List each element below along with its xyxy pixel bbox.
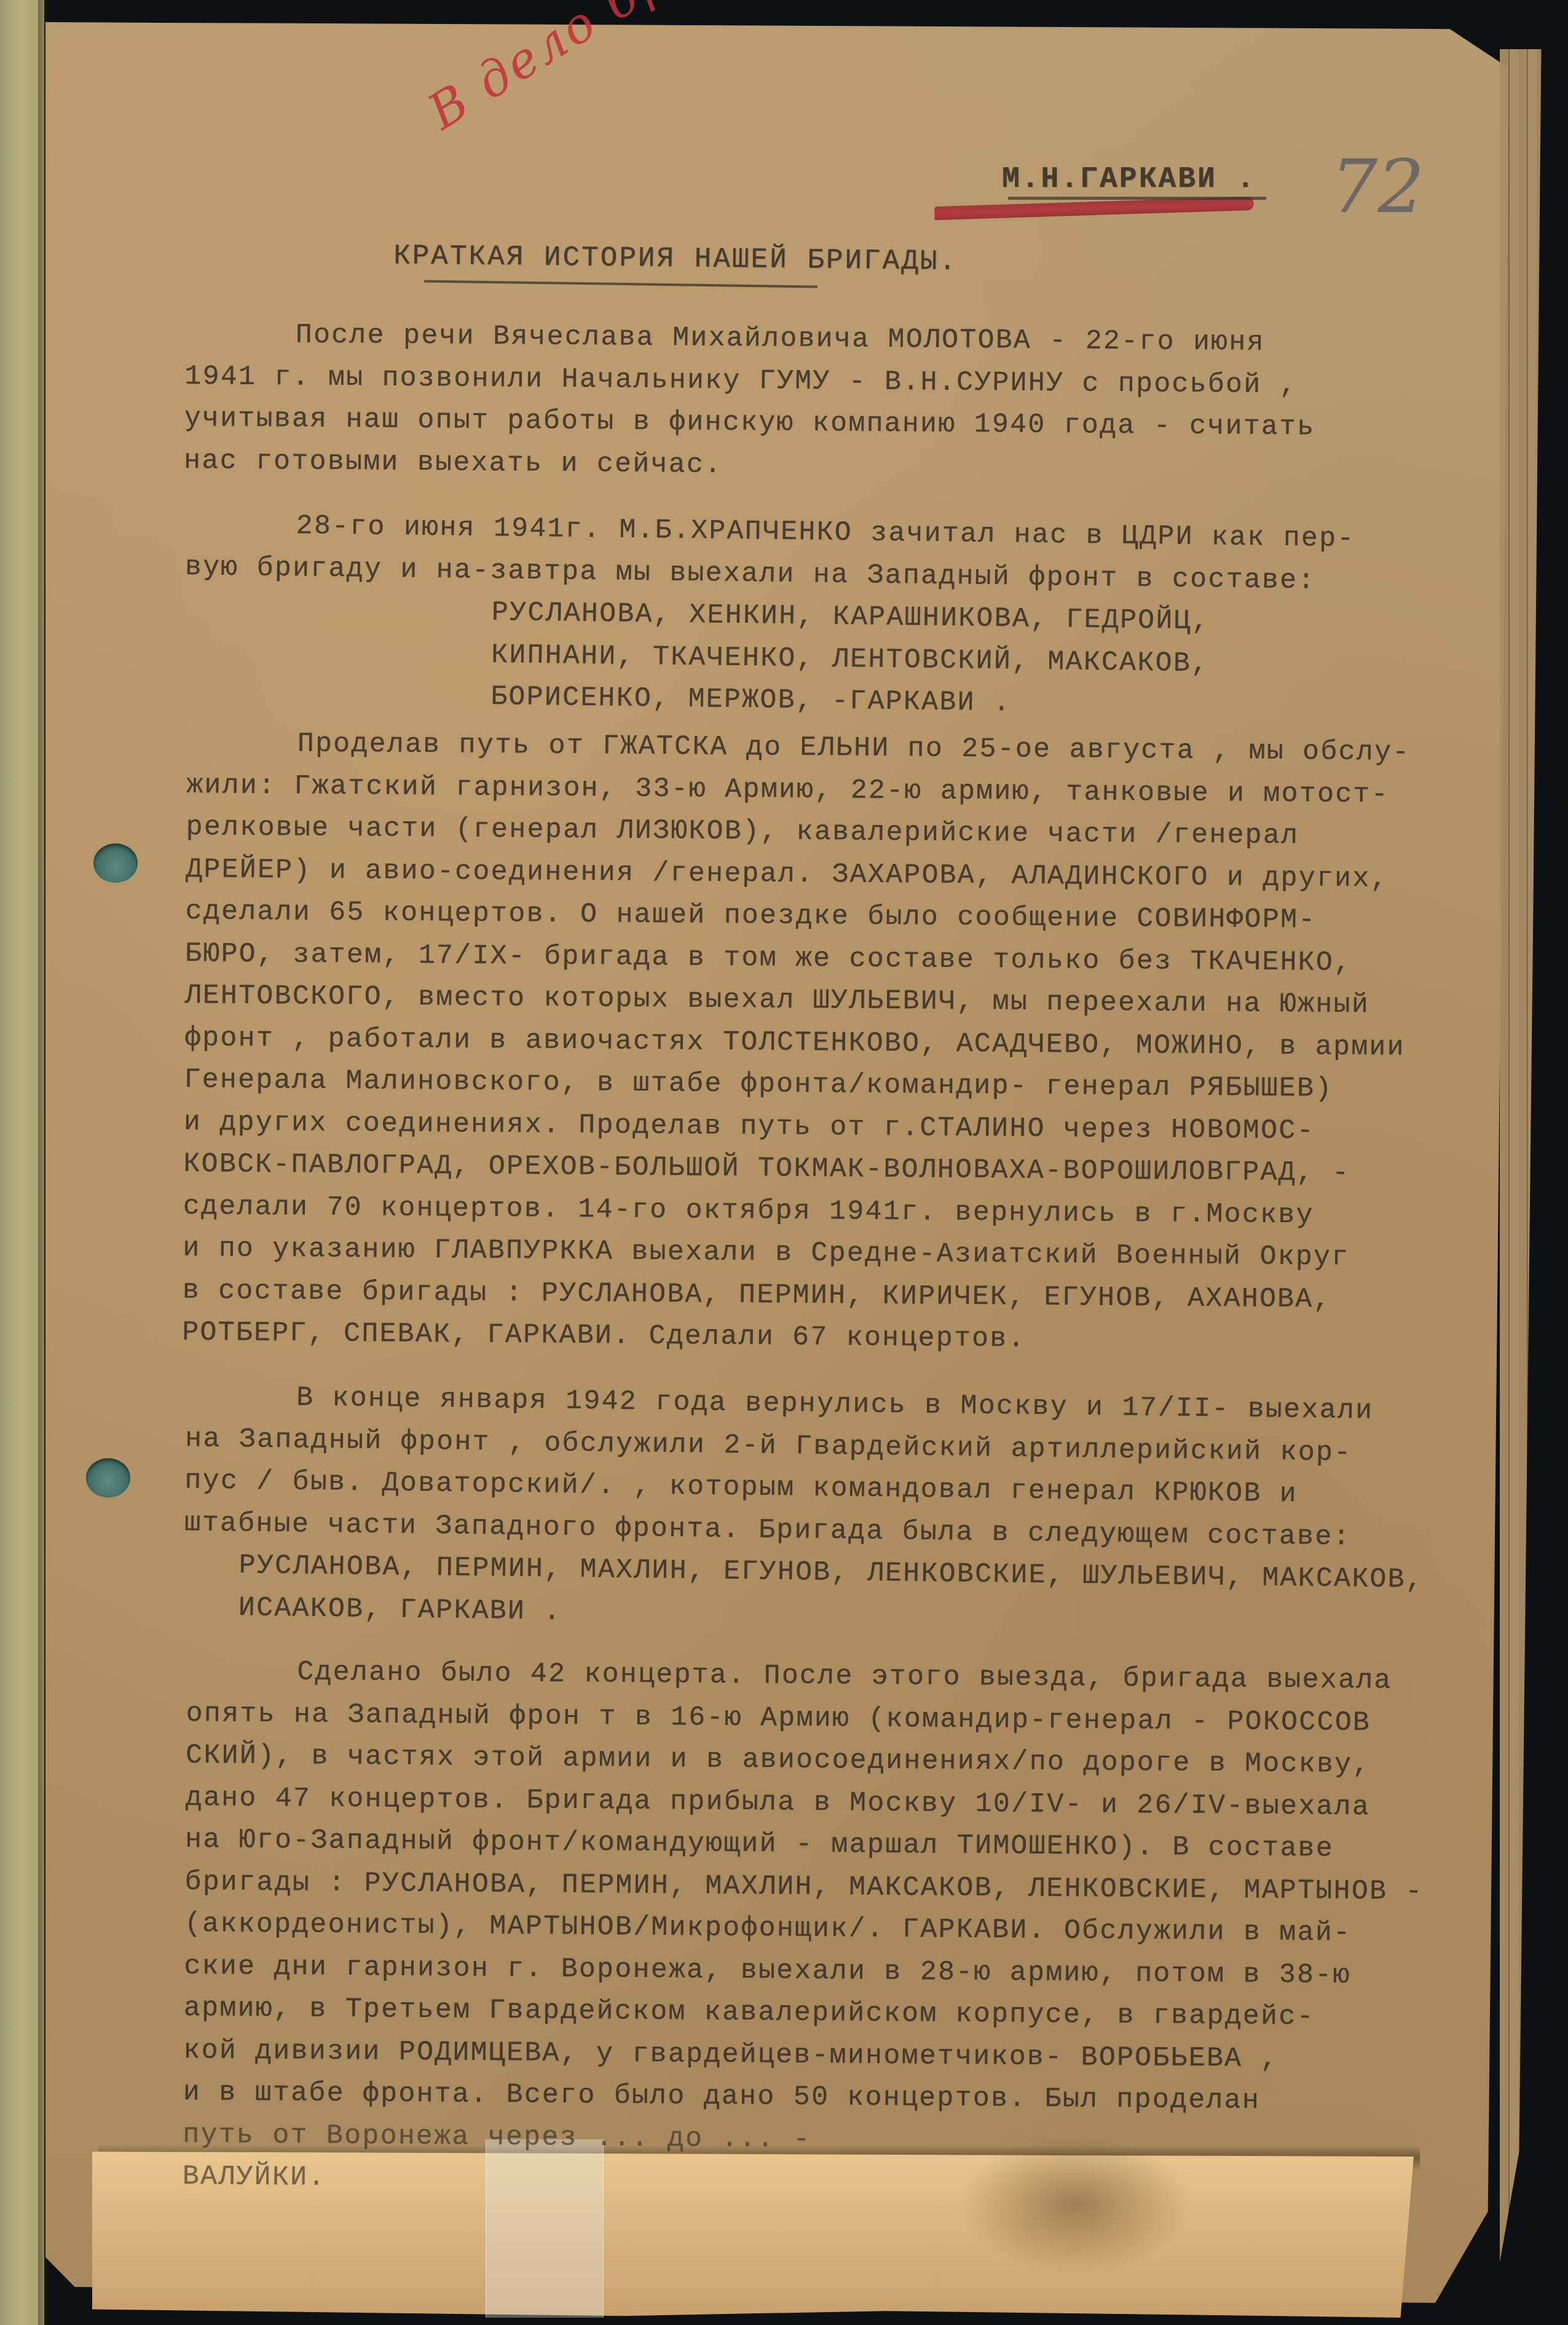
author-stamp: М.Н.ГАРКАВИ . [1002,163,1256,196]
document-title: КРАТКАЯ ИСТОРИЯ НАШЕЙ БРИГАДЫ. [393,240,958,278]
punch-hole-icon [93,843,138,883]
folio-number: 72 [1331,144,1425,230]
paragraph-4: В конце января 1942 года вернулись в Мос… [183,1376,1513,1644]
document-body: После речи Вячеслава Михайловича МОЛОТОВ… [184,314,1512,2198]
punch-hole-icon [86,1458,130,1498]
paragraph-5: Сделано было 42 концерта. После этого вы… [183,1651,1515,2208]
paragraph-1: После речи Вячеслава Михайловича МОЛОТОВ… [184,314,1513,492]
paragraph-3: Проделав путь от ГЖАТСКА до ЕЛЬНИ по 25-… [182,722,1515,1364]
author-underline [1008,197,1266,200]
paragraph-2: 28-го июня 1941г. М.Б.ХРАПЧЕНКО зачитал … [183,504,1513,731]
archival-document-scan: В дело бригады М.Н.ГАРКАВИ . 72 КРАТКАЯ … [0,0,1568,2325]
